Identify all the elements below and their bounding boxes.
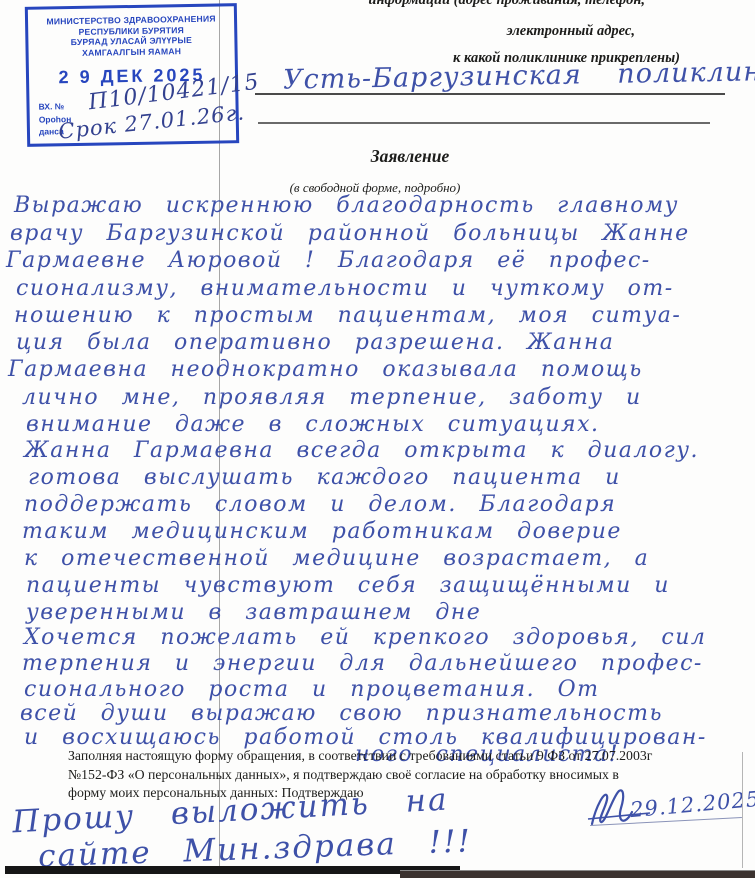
stamp-org-line: ХАМГААЛГЫН ЯАМАН <box>29 45 235 59</box>
handwritten-line: сионального роста и процветания. От <box>24 677 599 702</box>
handwritten-line: лично мне, проявляя терпение, заботу и <box>22 385 642 410</box>
form-hint-clipped: информации (адрес проживания, телефон, <box>368 0 645 9</box>
consent-text-line: Заполняя настоящую форму обращения, в со… <box>68 747 652 766</box>
handwritten-line: таким медицинским работникам доверие <box>22 519 622 544</box>
handwritten-line: готова выслушать каждого пациента и <box>28 465 621 490</box>
document-title: Заявление <box>300 146 520 167</box>
handwritten-line: к отечественной медицине возрастает, а <box>24 546 649 571</box>
handwritten-line: Гармаевне Аюровой ! Благодаря её профес- <box>6 248 651 273</box>
ruled-line <box>258 122 710 124</box>
handwritten-line: терпения и энергии для дальнейшего профе… <box>22 651 703 676</box>
handwritten-line: Гармаевна неоднократно оказывала помощь <box>8 357 643 382</box>
stamp-incoming-number-label: ВХ. № <box>38 101 64 111</box>
handwritten-line: внимание даже в сложных ситуациях. <box>26 412 599 437</box>
handwritten-line: поддержать словом и делом. Благодаря <box>24 492 616 517</box>
handwritten-line: ция была оперативно разрешена. Жанна <box>16 330 614 355</box>
handwritten-line: ношению к простым пациентам, моя ситуа- <box>14 303 681 328</box>
handwritten-line: Хочется пожелать ей крепкого здоровья, с… <box>24 625 706 650</box>
scan-bottom-bar <box>5 866 460 874</box>
form-hint-email: электронный адрес, <box>507 23 635 40</box>
scanned-document-page: МИНИСТЕРСТВО ЗДРАВООХРАНЕНИЯ РЕСПУБЛИКИ … <box>0 0 755 878</box>
handwritten-line: Жанна Гармаевна всегда открыта к диалогу… <box>24 438 699 463</box>
handwritten-line: Выражаю искреннюю благодарность главному <box>14 193 679 218</box>
handwritten-line: уверенными в завтрашнем дне <box>26 600 481 625</box>
consent-text-line: №152-ФЗ «О персональных данных», я подтв… <box>68 766 652 785</box>
scan-bottom-bar <box>400 870 755 878</box>
page-edge-line <box>742 752 743 868</box>
handwritten-clinic-name: Усть-Баргузинская поликлиника <box>283 55 755 95</box>
handwritten-line: пациенты чувствуют себя защищёнными и <box>26 573 670 598</box>
handwritten-line: врачу Баргузинской районной больницы Жан… <box>10 221 690 246</box>
handwritten-line: всей души выражаю свою признательность <box>20 701 663 726</box>
handwritten-line: сионализму, внимательности и чуткому от- <box>16 276 674 301</box>
